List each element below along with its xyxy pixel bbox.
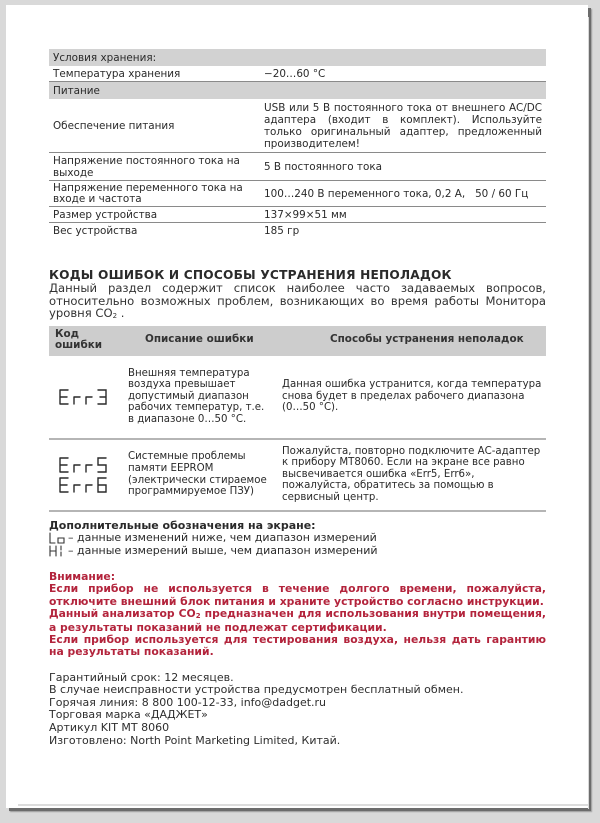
column-header-code: Код ошибки	[49, 326, 119, 356]
error-description: Системные проблемы памяти EEPROM (электр…	[119, 439, 274, 511]
spec-key: Обеспечение питания	[49, 99, 260, 153]
error-code-cell	[49, 356, 119, 439]
spec-row: Температура хранения −20…60 °С	[49, 66, 546, 82]
error-solution: Пожалуйста, повторно подключите АС-адапт…	[274, 439, 546, 511]
error-row: Системные проблемы памяти EEPROM (электр…	[49, 439, 546, 511]
spec-value: 100…240 В переменного тока, 0,2 А, 50 / …	[260, 181, 546, 207]
error-description: Внешняя температура воздуха превышает до…	[119, 356, 274, 439]
page-edge-line	[18, 804, 588, 806]
spec-value: 137×99×51 мм	[260, 207, 546, 223]
document-page: Условия хранения: Температура хранения −…	[6, 5, 588, 808]
display-note-item: – данные изменений ниже, чем диапазон из…	[49, 532, 546, 545]
spec-key: Напряжение переменного тока на входе и ч…	[49, 181, 260, 207]
warning-line: Если прибор не используется в течение до…	[49, 583, 546, 607]
section-title: КОДЫ ОШИБОК И СПОСОБЫ УСТРАНЕНИЯ НЕПОЛАД…	[49, 268, 546, 282]
page-content: Условия хранения: Температура хранения −…	[49, 49, 546, 747]
spec-section-power: Питание	[49, 82, 546, 100]
page-edge-line	[588, 17, 589, 809]
error-table-header: Код ошибки Описание ошибки Способы устра…	[49, 326, 546, 356]
seven-segment-err3-icon	[58, 388, 110, 406]
info-line-manufacturer: Изготовлено: North Point Marketing Limit…	[49, 735, 546, 748]
display-note-text: – данные измерений выше, чем диапазон из…	[68, 545, 378, 558]
column-header-description: Описание ошибки	[119, 326, 274, 356]
spec-key: Вес устройства	[49, 223, 260, 239]
error-codes-table: Код ошибки Описание ошибки Способы устра…	[49, 326, 546, 512]
spec-key: Размер устройства	[49, 207, 260, 223]
info-line-article: Артикул KIT MT 8060	[49, 722, 546, 735]
spec-row: Обеспечение питания USB или 5 В постоянн…	[49, 99, 546, 153]
spec-value: −20…60 °С	[260, 66, 546, 82]
spec-value: USB или 5 В постоянного тока от внешнего…	[260, 99, 546, 153]
error-solution: Данная ошибка устранится, когда температ…	[274, 356, 546, 439]
display-note-item: – данные измерений выше, чем диапазон из…	[49, 545, 546, 558]
seven-segment-err6-icon	[58, 476, 110, 494]
column-header-solution: Способы устранения неполадок	[274, 326, 546, 356]
spec-key: Напряжение постоянного тока на выходе	[49, 153, 260, 181]
error-row: Внешняя температура воздуха превышает до…	[49, 356, 546, 439]
warning-line: Если прибор используется для тестировани…	[49, 634, 546, 658]
spec-value: 185 гр	[260, 223, 546, 239]
info-line-exchange: В случае неисправности устройства предус…	[49, 684, 546, 697]
spec-value: 5 В постоянного тока	[260, 153, 546, 181]
display-note-text: – данные изменений ниже, чем диапазон из…	[68, 532, 377, 545]
seven-segment-err5-icon	[58, 456, 110, 474]
warranty-info: Гарантийный срок: 12 месяцев. В случае н…	[49, 672, 546, 748]
display-notes: Дополнительные обозначения на экране: – …	[49, 520, 546, 558]
warning-block: Внимание: Если прибор не используется в …	[49, 571, 546, 658]
section-intro: Данный раздел содержит список наиболее ч…	[49, 282, 546, 323]
spec-key: Температура хранения	[49, 66, 260, 82]
error-code-cell	[49, 439, 119, 511]
seven-segment-hi-icon	[49, 545, 65, 557]
spec-row: Напряжение постоянного тока на выходе 5 …	[49, 153, 546, 181]
seven-segment-lo-icon	[49, 532, 65, 544]
spec-row: Размер устройства 137×99×51 мм	[49, 207, 546, 223]
spec-row: Напряжение переменного тока на входе и ч…	[49, 181, 546, 207]
spec-section-storage: Условия хранения:	[49, 49, 546, 66]
specifications-table: Условия хранения: Температура хранения −…	[49, 49, 546, 238]
spec-row: Вес устройства 185 гр	[49, 223, 546, 239]
warning-line: Данный анализатор CO2 предназначен для и…	[49, 608, 546, 634]
